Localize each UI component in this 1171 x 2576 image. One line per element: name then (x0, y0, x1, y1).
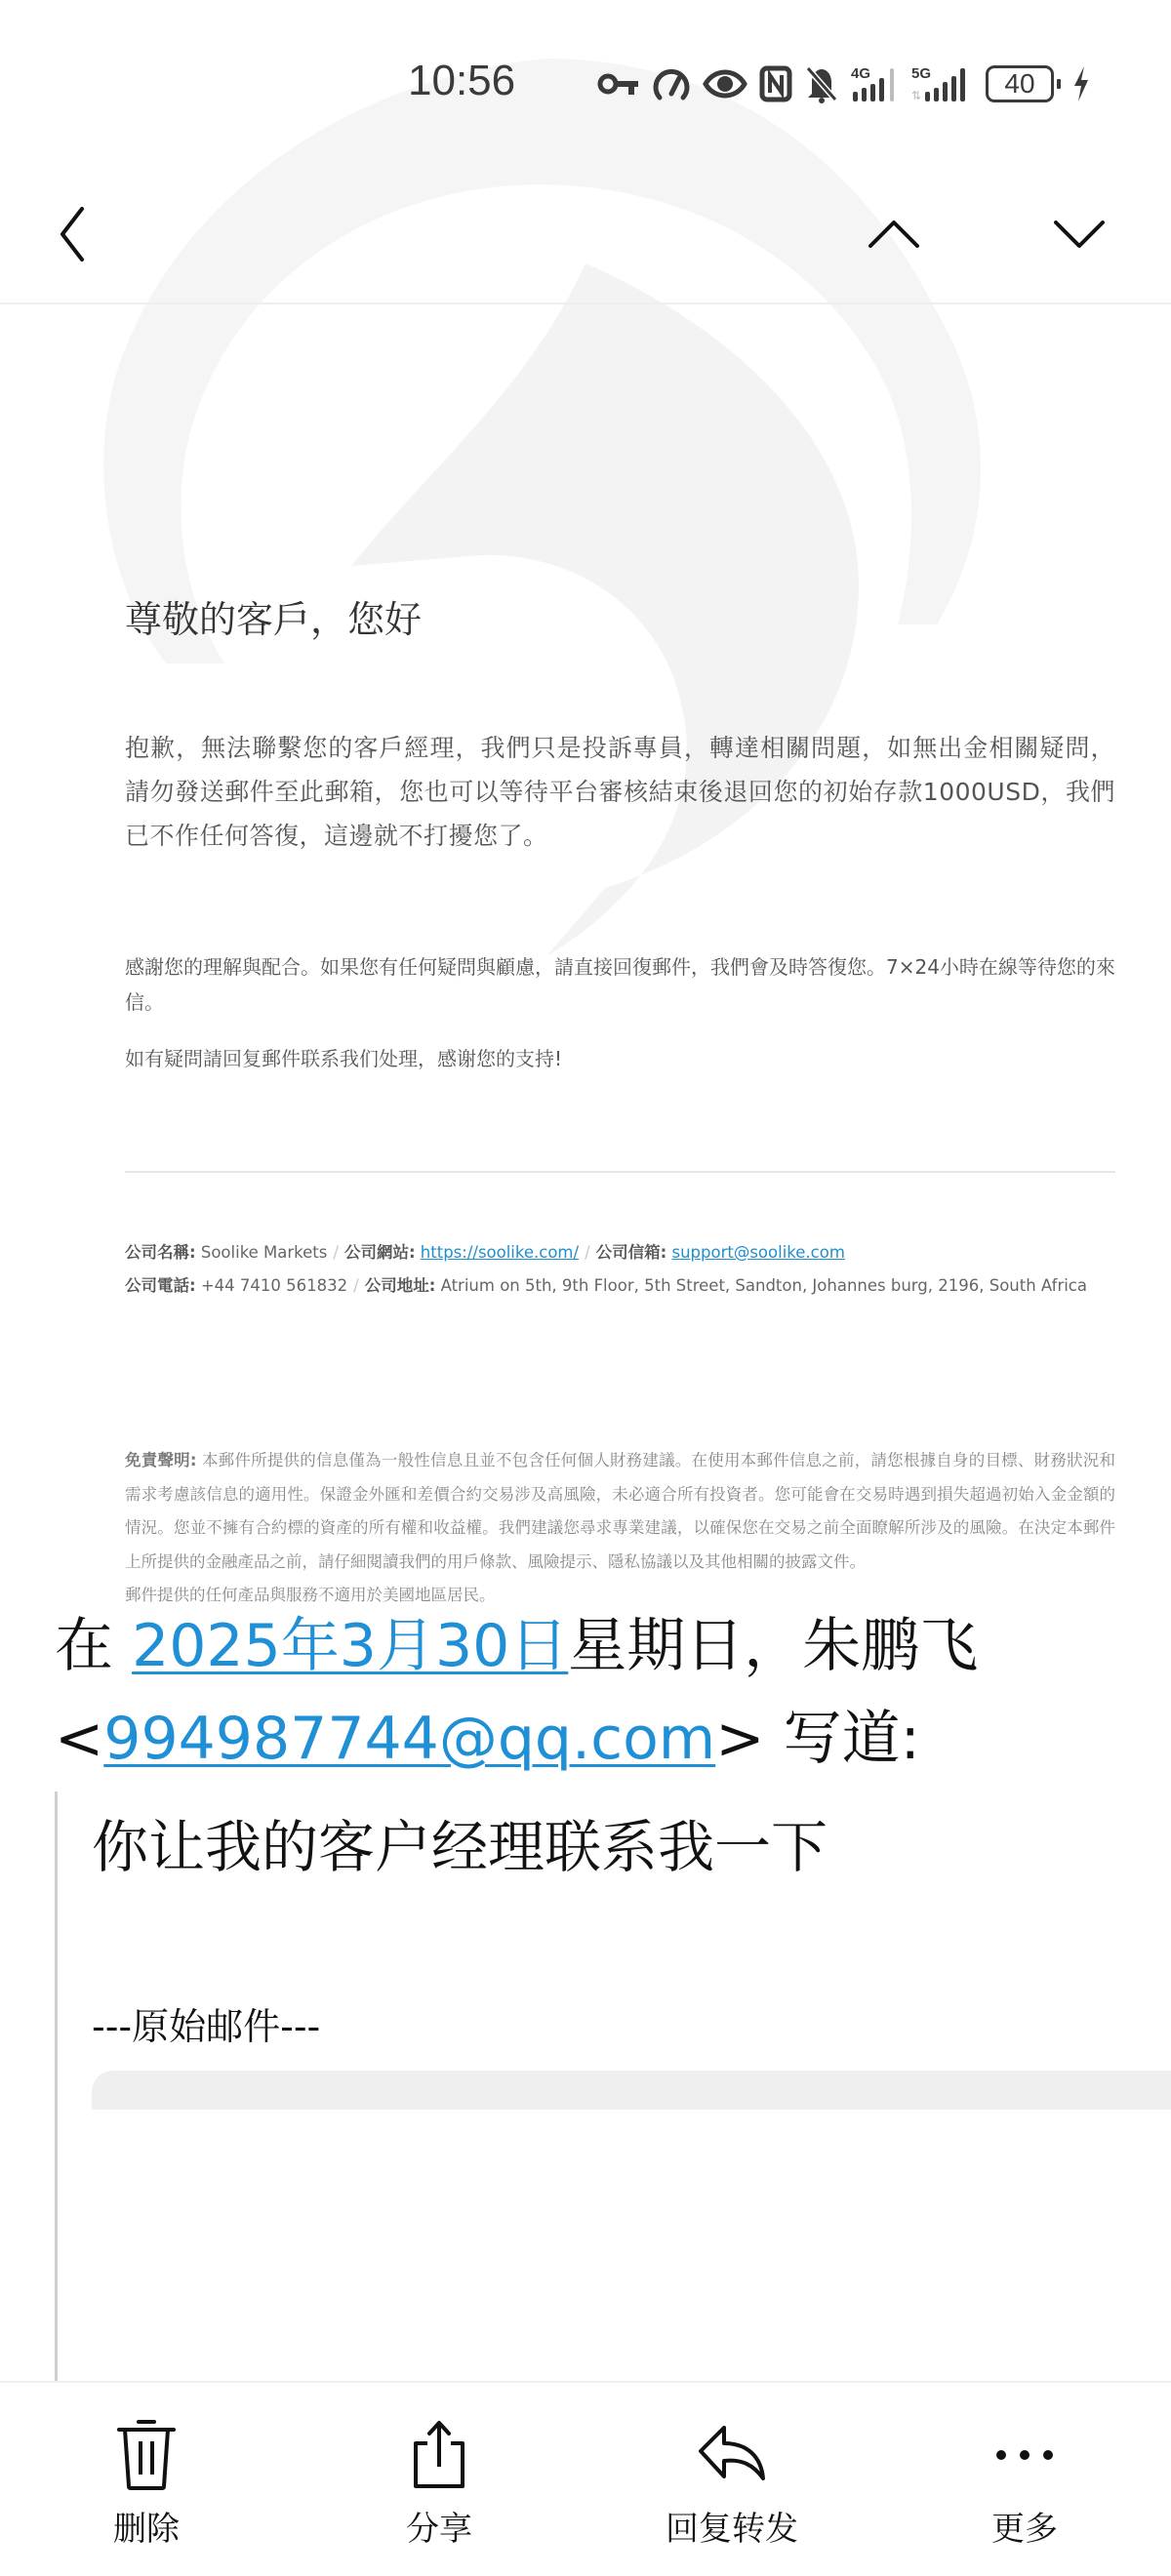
email-greeting: 尊敬的客戶，您好 (125, 589, 422, 643)
battery-icon: 40 (986, 65, 1061, 102)
company-name-label: 公司名稱: (125, 1243, 196, 1262)
back-button[interactable] (33, 195, 111, 273)
company-phone-label: 公司電話: (125, 1276, 196, 1295)
reply-icon (695, 2424, 769, 2486)
disclaimer-text: 本郵件所提供的信息僅為一般性信息且並不包含任何個人財務建議。在使用本郵件信息之前… (125, 1451, 1115, 1571)
top-nav-bar (0, 176, 1171, 304)
signal-4g-icon: 4G (851, 64, 900, 103)
email-paragraph-3: 如有疑問請回复郵件联系我们处理，感谢您的支持! (125, 1044, 1115, 1073)
bottom-toolbar: 删除 分享 回复转发 更多 (0, 2381, 1171, 2576)
email-paragraph-2: 感謝您的理解與配合。如果您有任何疑問與顧慮，請直接回復郵件，我們會及時答復您。7… (125, 949, 1115, 1020)
quoted-sender-email-link[interactable]: 994987744@qq.com (103, 1705, 715, 1773)
company-line-1: 公司名稱: Soolike Markets/公司網站: https://sool… (125, 1236, 1159, 1269)
original-mail-box (92, 2071, 1171, 2110)
chevron-up-icon (865, 215, 923, 254)
delete-label: 删除 (29, 2502, 263, 2550)
quoted-reply-header: 在 2025年3月30日星期日，朱鹏飞<994987744@qq.com> 写道… (55, 1600, 1128, 1786)
content-divider (125, 1171, 1115, 1173)
company-email-link[interactable]: support@soolike.com (671, 1243, 844, 1262)
status-time: 10:56 (408, 57, 515, 105)
battery-level: 40 (986, 65, 1054, 102)
disclaimer: 免責聲明: 本郵件所提供的信息僅為一般性信息且並不包含任何個人財務建議。在使用本… (125, 1444, 1115, 1613)
more-label: 更多 (908, 2502, 1142, 2550)
company-address-value: Atrium on 5th, 9th Floor, 5th Street, Sa… (441, 1276, 1087, 1295)
bell-muted-icon (804, 64, 839, 103)
delete-button[interactable]: 删除 (29, 2383, 263, 2576)
status-icons: 4G 5G⇅ 40 (597, 64, 1090, 103)
more-button[interactable]: 更多 (908, 2383, 1142, 2576)
disclaimer-text-2: 郵件提供的任何產品與服務不適用於美國地區居民。 (125, 1586, 496, 1604)
company-name-value: Soolike Markets (201, 1243, 328, 1262)
nfc-icon (759, 65, 792, 102)
quoted-message-text: 你让我的客户经理联系我一下 (92, 1801, 828, 1883)
original-mail-label: ---原始邮件--- (92, 1996, 320, 2050)
charging-icon (1072, 64, 1090, 103)
chevron-left-icon (53, 205, 92, 263)
company-email-label: 公司信箱: (596, 1243, 667, 1262)
svg-text:4G: 4G (851, 65, 870, 82)
signal-5g-icon: 5G⇅ (911, 64, 974, 103)
chevron-down-icon (1050, 215, 1109, 254)
status-bar: 10:56 4G 5G⇅ 40 (0, 0, 1171, 176)
company-info: 公司名稱: Soolike Markets/公司網站: https://sool… (125, 1236, 1159, 1303)
share-icon (408, 2418, 470, 2492)
reply-forward-button[interactable]: 回复转发 (615, 2383, 849, 2576)
email-paragraph-1: 抱歉，無法聯繫您的客戶經理，我們只是投訴專員，轉達相關問題，如無出金相關疑問，請… (125, 726, 1115, 858)
quoted-message-block: 你让我的客户经理联系我一下 ---原始邮件--- (55, 1791, 1171, 2387)
previous-email-button[interactable] (855, 195, 933, 273)
email-reader-screen: 10:56 4G 5G⇅ 40 尊敬的客戶，您好 抱 (0, 0, 1171, 2576)
company-address-label: 公司地址: (365, 1276, 436, 1295)
next-email-button[interactable] (1040, 195, 1118, 273)
company-phone-value: +44 7410 561832 (201, 1276, 347, 1295)
eye-icon (703, 66, 747, 101)
share-label: 分享 (322, 2502, 556, 2550)
reply-forward-label: 回复转发 (615, 2502, 849, 2550)
company-website-label: 公司網站: (344, 1243, 416, 1262)
speedometer-icon (652, 64, 691, 103)
more-icon (993, 2445, 1056, 2465)
svg-text:5G: 5G (911, 65, 931, 82)
disclaimer-label: 免責聲明: (125, 1451, 196, 1469)
share-button[interactable]: 分享 (322, 2383, 556, 2576)
company-line-2: 公司電話: +44 7410 561832/公司地址: Atrium on 5t… (125, 1269, 1159, 1303)
key-icon (597, 68, 640, 100)
svg-text:⇅: ⇅ (911, 89, 921, 102)
quoted-date-link[interactable]: 2025年3月30日 (132, 1612, 568, 1680)
trash-icon (115, 2418, 178, 2492)
company-website-link[interactable]: https://soolike.com/ (421, 1243, 579, 1262)
